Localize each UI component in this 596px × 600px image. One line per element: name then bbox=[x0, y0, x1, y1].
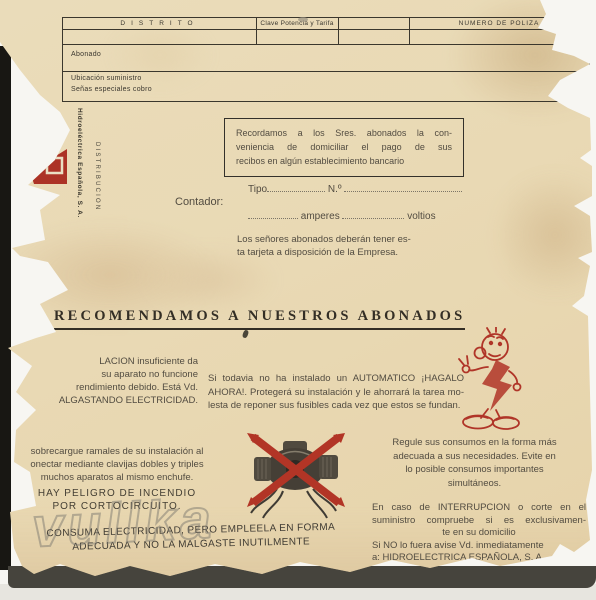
distribution-vertical-label: DISTRIBUCION bbox=[94, 142, 100, 232]
automatico-line: lesta de reponer sus fusibles cada vez q… bbox=[208, 399, 464, 413]
table-rule bbox=[63, 71, 589, 72]
table-row-abonado: Abonado bbox=[71, 51, 101, 58]
company-logo-remnant bbox=[27, 140, 69, 186]
paper-stain bbox=[470, 150, 596, 320]
regulate-line: Regule sus consumos en la forma más bbox=[372, 436, 577, 450]
torn-paragraph-line: LACION insuficiente da bbox=[20, 355, 198, 368]
card-notice: Los señores abonados deberán tener es- t… bbox=[237, 233, 437, 259]
interruption-paragraph: En caso de INTERRUPCION o corte en el su… bbox=[372, 502, 586, 565]
company-vertical-label: Hidroeléctrica Española, S. A. bbox=[76, 108, 83, 303]
dotted-fill-line bbox=[248, 208, 298, 219]
meter-amperes-row: amperes voltios bbox=[248, 208, 436, 222]
header-table: DISTRITO Clave Potencia y Tarifa NUMERO … bbox=[62, 17, 590, 102]
watermark: vullka bbox=[30, 485, 216, 559]
automatico-line: AHORA!. Protegerá su instalación y le ah… bbox=[208, 386, 464, 400]
meter-tipo-label: Tipo bbox=[248, 184, 267, 195]
interruption-line: suministro compruebe si es exclusivamen- bbox=[372, 515, 586, 528]
meter-amperes-label: amperes bbox=[301, 211, 340, 222]
automatico-line: Si todavia no ha instalado un AUTOMATICO… bbox=[208, 372, 464, 386]
meter-voltios-label: voltios bbox=[407, 211, 435, 222]
table-rule bbox=[63, 44, 589, 45]
overload-line: sobrecargue ramales de su instalación al bbox=[14, 445, 220, 458]
meter-numero-label: N.º bbox=[328, 184, 342, 195]
overload-line: muchos aparatos al mismo enchufe. bbox=[14, 471, 220, 484]
table-row-senas: Señas especiales cobro bbox=[71, 86, 152, 93]
regulate-line: simultáneos. bbox=[372, 477, 577, 491]
scanned-document: DISTRITO Clave Potencia y Tarifa NUMERO … bbox=[0, 0, 596, 600]
interruption-line: te en su domicilio bbox=[372, 527, 586, 540]
table-rule bbox=[63, 29, 589, 30]
table-column-divider bbox=[338, 18, 339, 44]
electric-mascot-illustration bbox=[452, 327, 537, 430]
regulate-line: lo posible consumos importantes bbox=[372, 463, 577, 477]
table-header-numero-poliza: NUMERO DE POLIZA bbox=[409, 20, 589, 27]
regulate-paragraph: Regule sus consumos en la forma más adec… bbox=[372, 436, 577, 490]
torn-paragraph: LACION insuficiente da su aparato no fun… bbox=[20, 355, 198, 407]
scan-speck bbox=[242, 329, 249, 338]
reminder-line: veniencia de domiciliar el pago de sus bbox=[236, 140, 452, 154]
meter-tipo-row: Tipo N.º bbox=[248, 181, 462, 195]
recommendations-title: RECOMENDAMOS A NUESTROS ABONADOS bbox=[54, 308, 465, 330]
table-header-clave-potencia: Clave Potencia y Tarifa bbox=[256, 20, 338, 27]
reminder-line: Recordamos a los Sres. abonados la con- bbox=[236, 126, 452, 140]
overload-line: onectar mediante clavijas dobles y tripl… bbox=[14, 458, 220, 471]
interruption-line: a: HIDROELECTRICA ESPAÑOLA, S. A. bbox=[372, 552, 586, 565]
interruption-line: Si NO lo fuera avise Vd. inmediatamente bbox=[372, 540, 586, 553]
dotted-fill-line bbox=[267, 181, 325, 192]
scan-speck bbox=[298, 17, 308, 22]
regulate-line: adecuada a sus necesidades. Evite en bbox=[372, 450, 577, 464]
overloaded-socket-illustration bbox=[243, 431, 348, 519]
meter-label: Contador: bbox=[175, 196, 223, 208]
scanner-edge-strip bbox=[0, 46, 11, 570]
automatico-paragraph: Si todavia no ha instalado un AUTOMATICO… bbox=[208, 372, 464, 413]
table-header-distrito: DISTRITO bbox=[63, 20, 256, 27]
card-notice-line: Los señores abonados deberán tener es- bbox=[237, 233, 437, 246]
reminder-line: recibos en algún establecimiento bancari… bbox=[236, 154, 452, 168]
dotted-fill-line bbox=[344, 181, 462, 192]
torn-paragraph-line: ALGASTANDO ELECTRICIDAD. bbox=[20, 394, 198, 407]
interruption-line: En caso de INTERRUPCION o corte en el bbox=[372, 502, 586, 515]
card-notice-line: ta tarjeta a disposición de la Empresa. bbox=[237, 246, 437, 259]
reminder-box: Recordamos a los Sres. abonados la con- … bbox=[224, 118, 464, 177]
table-row-ubicacion: Ubicación suministro bbox=[71, 75, 142, 82]
dotted-fill-line bbox=[342, 208, 404, 219]
torn-paragraph-line: su aparato no funcione bbox=[20, 368, 198, 381]
torn-paragraph-line: rendimiento debido. Está Vd. bbox=[20, 381, 198, 394]
